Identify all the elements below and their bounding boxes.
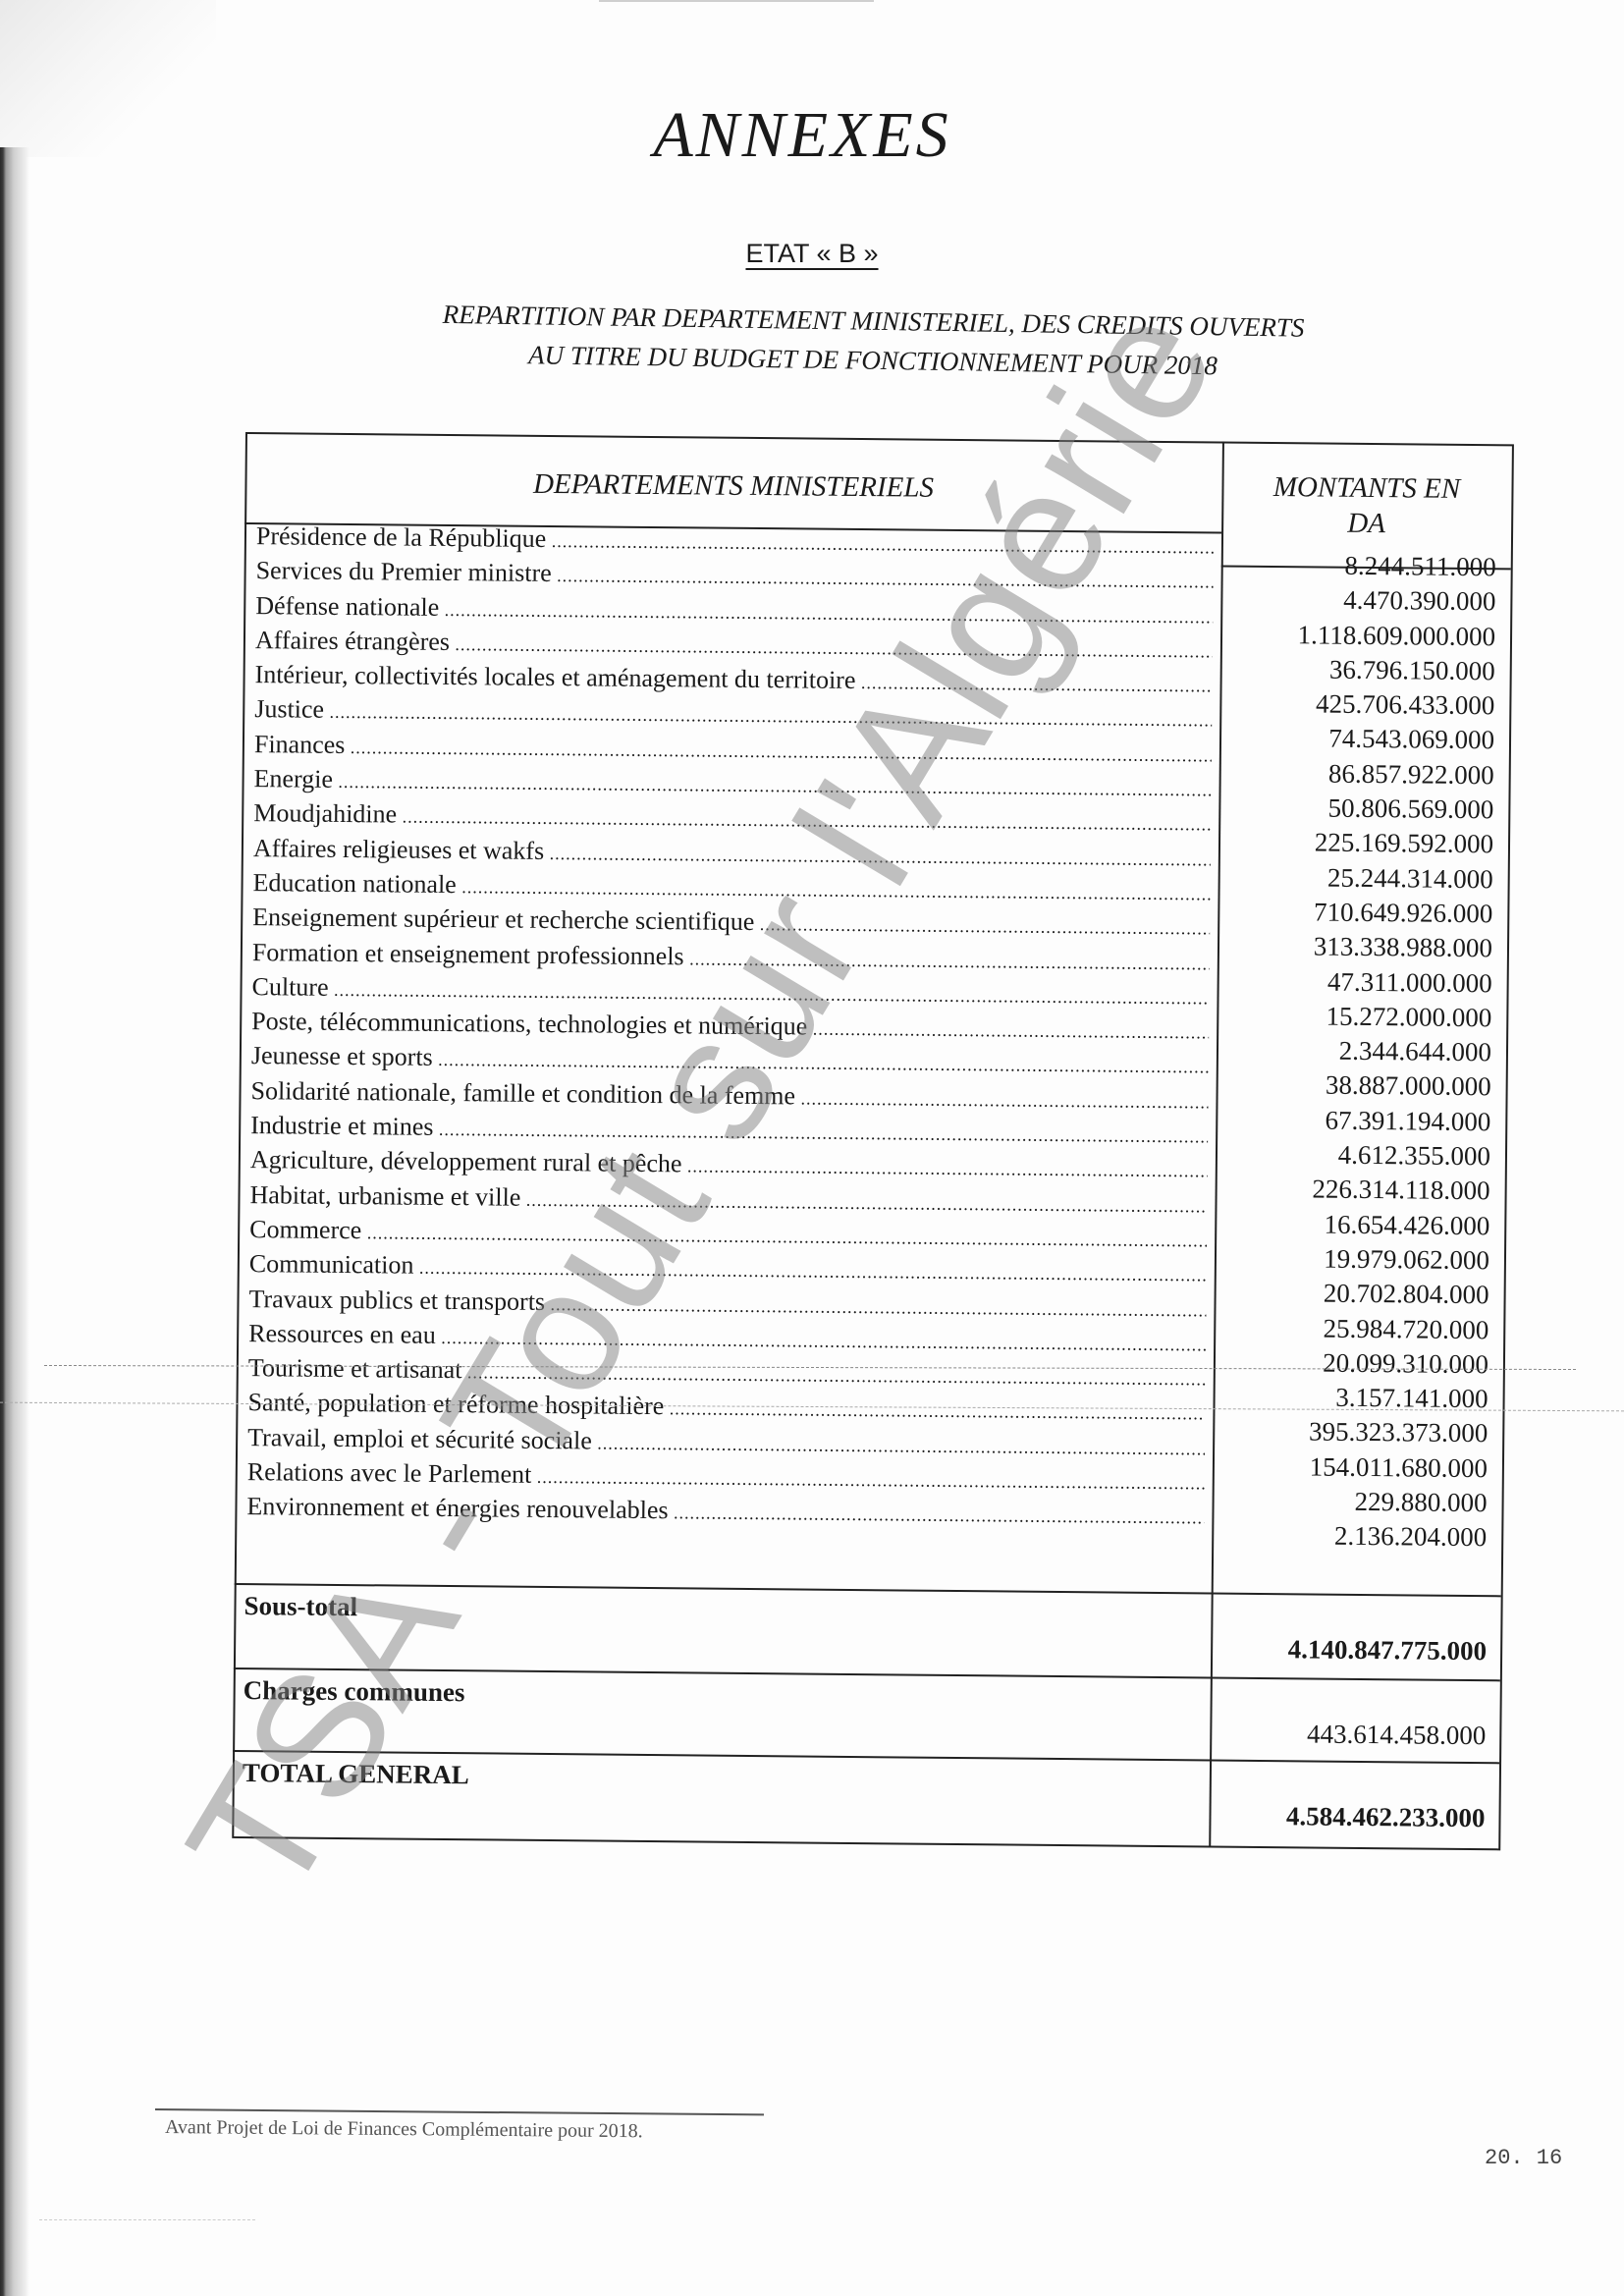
- top-rule: [599, 0, 874, 2]
- document-subtitle: REPARTITION PAR DEPARTEMENT MINISTERIEL,…: [323, 293, 1424, 389]
- footer-note: Avant Projet de Loi de Finances Compléme…: [165, 2116, 643, 2143]
- etat-label: ETAT « B »: [745, 239, 878, 268]
- department-amount: 2.136.204.000: [1334, 1519, 1488, 1555]
- scan-artifact-bottom: [39, 2219, 255, 2220]
- document-title: ANNEXES: [0, 98, 1614, 173]
- page-number: 20. 16: [1485, 2146, 1562, 2170]
- header-amount-line-1: MONTANTS EN: [1221, 469, 1511, 508]
- etat-heading: ETAT « B »: [0, 239, 1624, 269]
- grand-total-row: TOTAL GENERAL 4.584.462.233.000: [232, 1750, 1499, 1842]
- common-charges-amount: 443.614.458.000: [1307, 1719, 1487, 1751]
- scan-edge: [0, 147, 29, 2296]
- subtotal-amount: 4.140.847.775.000: [1287, 1634, 1487, 1667]
- footer-rule: [155, 2108, 764, 2115]
- grand-total-amount: 4.584.462.233.000: [1286, 1801, 1486, 1833]
